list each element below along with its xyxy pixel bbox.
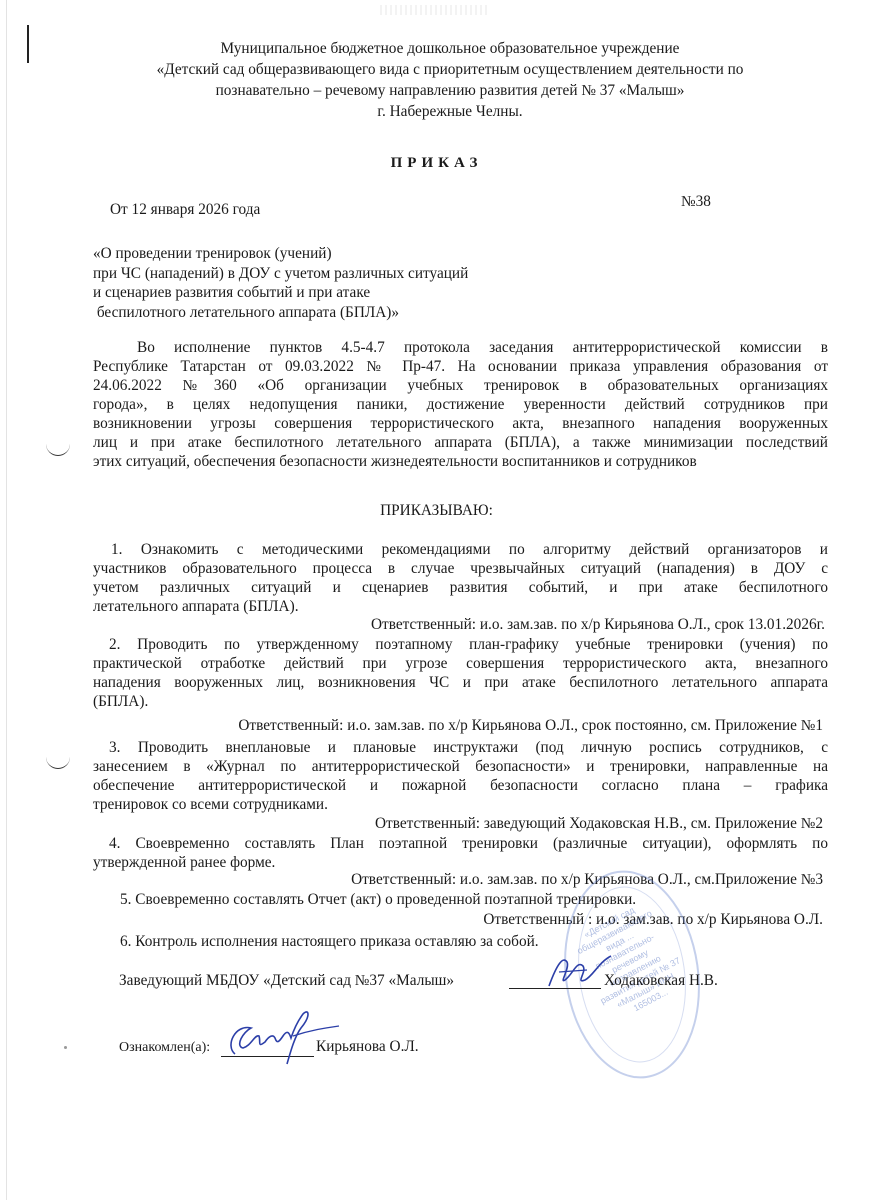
order-item-1: 1. Ознакомить с методическими рекомендац… [93,540,828,616]
document-date: От 12 января 2026 года [110,201,260,219]
document-subject: «О проведении тренировок (учений) при ЧС… [93,244,468,322]
institution-header: Муниципальное бюджетное дошкольное образ… [100,38,800,122]
item-line: тренировок со всеми сотрудниками. [93,795,828,814]
item-line: 4. Своевременно составлять План поэтапно… [93,834,828,853]
item-line: летательного аппарата (БПЛА). [93,597,828,616]
preamble-line: возникновении угрозы совершения террорис… [93,414,828,433]
order-item-3: 3. Проводить внеплановые и плановые инст… [93,738,828,814]
order-item-5: 5. Своевременно составлять Отчет (акт) о… [120,891,636,909]
preamble-line: лиц и при атаке беспилотного летательног… [93,433,828,452]
scan-edge-line [6,0,7,1200]
preamble-line: этих ситуаций, обеспечения безопасности … [93,452,828,471]
item-line: участников образовательного процесса в с… [93,559,828,578]
document-number: №38 [681,193,711,211]
preamble-line: Во исполнение пунктов 4.5-4.7 протокола … [93,338,828,357]
header-line: «Детский сад общеразвивающего вида с при… [80,59,820,80]
item-line: 2. Проводить по утвержденному поэтапному… [93,635,828,654]
item-line: (БПЛА). [93,692,828,711]
preamble-line: города», в целях недопущения паники, дос… [93,395,828,414]
handwritten-signature-icon [221,1006,341,1066]
item-line: 1. Ознакомить с методическими рекомендац… [93,540,828,559]
order-item-2: 2. Проводить по утвержденному поэтапному… [93,635,828,711]
order-heading: ПРИКАЗЫВАЮ: [0,502,873,520]
order-item-4: 4. Своевременно составлять План поэтапно… [93,834,828,872]
head-signature-line [509,972,601,989]
preamble-line: Республике Татарстан от 09.03.2022 № Пр-… [93,357,828,376]
head-name: Ходаковская Н.В. [604,972,718,990]
subject-line: при ЧС (нападений) в ДОУ с учетом различ… [93,264,468,284]
responsible-2: Ответственный: и.о. зам.зав. по х/р Кирь… [238,717,823,735]
item-line: учетом различных ситуаций и сценариев ра… [93,578,828,597]
header-line: г. Набережные Челны. [100,101,800,122]
acquainted-name: Кирьянова О.Л. [316,1038,419,1056]
item-line: практической отработке действий при угро… [93,654,828,673]
acquainted-signature-line [221,1038,314,1057]
item-line: нападения вооруженных лиц, возникновения… [93,673,828,692]
header-line: познавательно – речевому направлению раз… [100,80,800,101]
punch-hole-mark [46,443,70,456]
responsible-3: Ответственный: заведующий Ходаковская Н.… [375,815,823,833]
scan-noise [380,5,490,15]
responsible-4: Ответственный: и.о. зам.зав. по х/р Кирь… [351,871,823,889]
item-line: 3. Проводить внеплановые и плановые инст… [93,738,828,757]
order-item-6: 6. Контроль исполнения настоящего приказ… [120,933,539,951]
responsible-1: Ответственный: и.о. зам.зав. по х/р Кирь… [371,616,825,634]
preamble: Во исполнение пунктов 4.5-4.7 протокола … [93,338,828,471]
scan-mark [27,25,29,63]
document-title: ПРИКАЗ [0,155,873,172]
subject-line: и сценариев развития событий и при атаке [93,283,468,303]
subject-line: «О проведении тренировок (учений) [93,244,468,264]
item-line: утвержденной ранее форме. [93,853,828,872]
subject-line: беспилотного летательного аппарата (БПЛА… [93,303,468,323]
acquainted-label: Ознакомлен(а): [119,1040,210,1056]
punch-hole-mark [46,756,70,769]
item-line: занесением в «Журнал по антитеррористиче… [93,757,828,776]
header-line: Муниципальное бюджетное дошкольное образ… [100,38,800,59]
head-position: Заведующий МБДОУ «Детский сад №37 «Малыш… [119,972,454,990]
scan-dot [64,1046,67,1049]
preamble-line: 24.06.2022 №360 «Об организации учебных … [93,376,828,395]
item-line: обеспечение антитеррористической и пожар… [93,776,828,795]
